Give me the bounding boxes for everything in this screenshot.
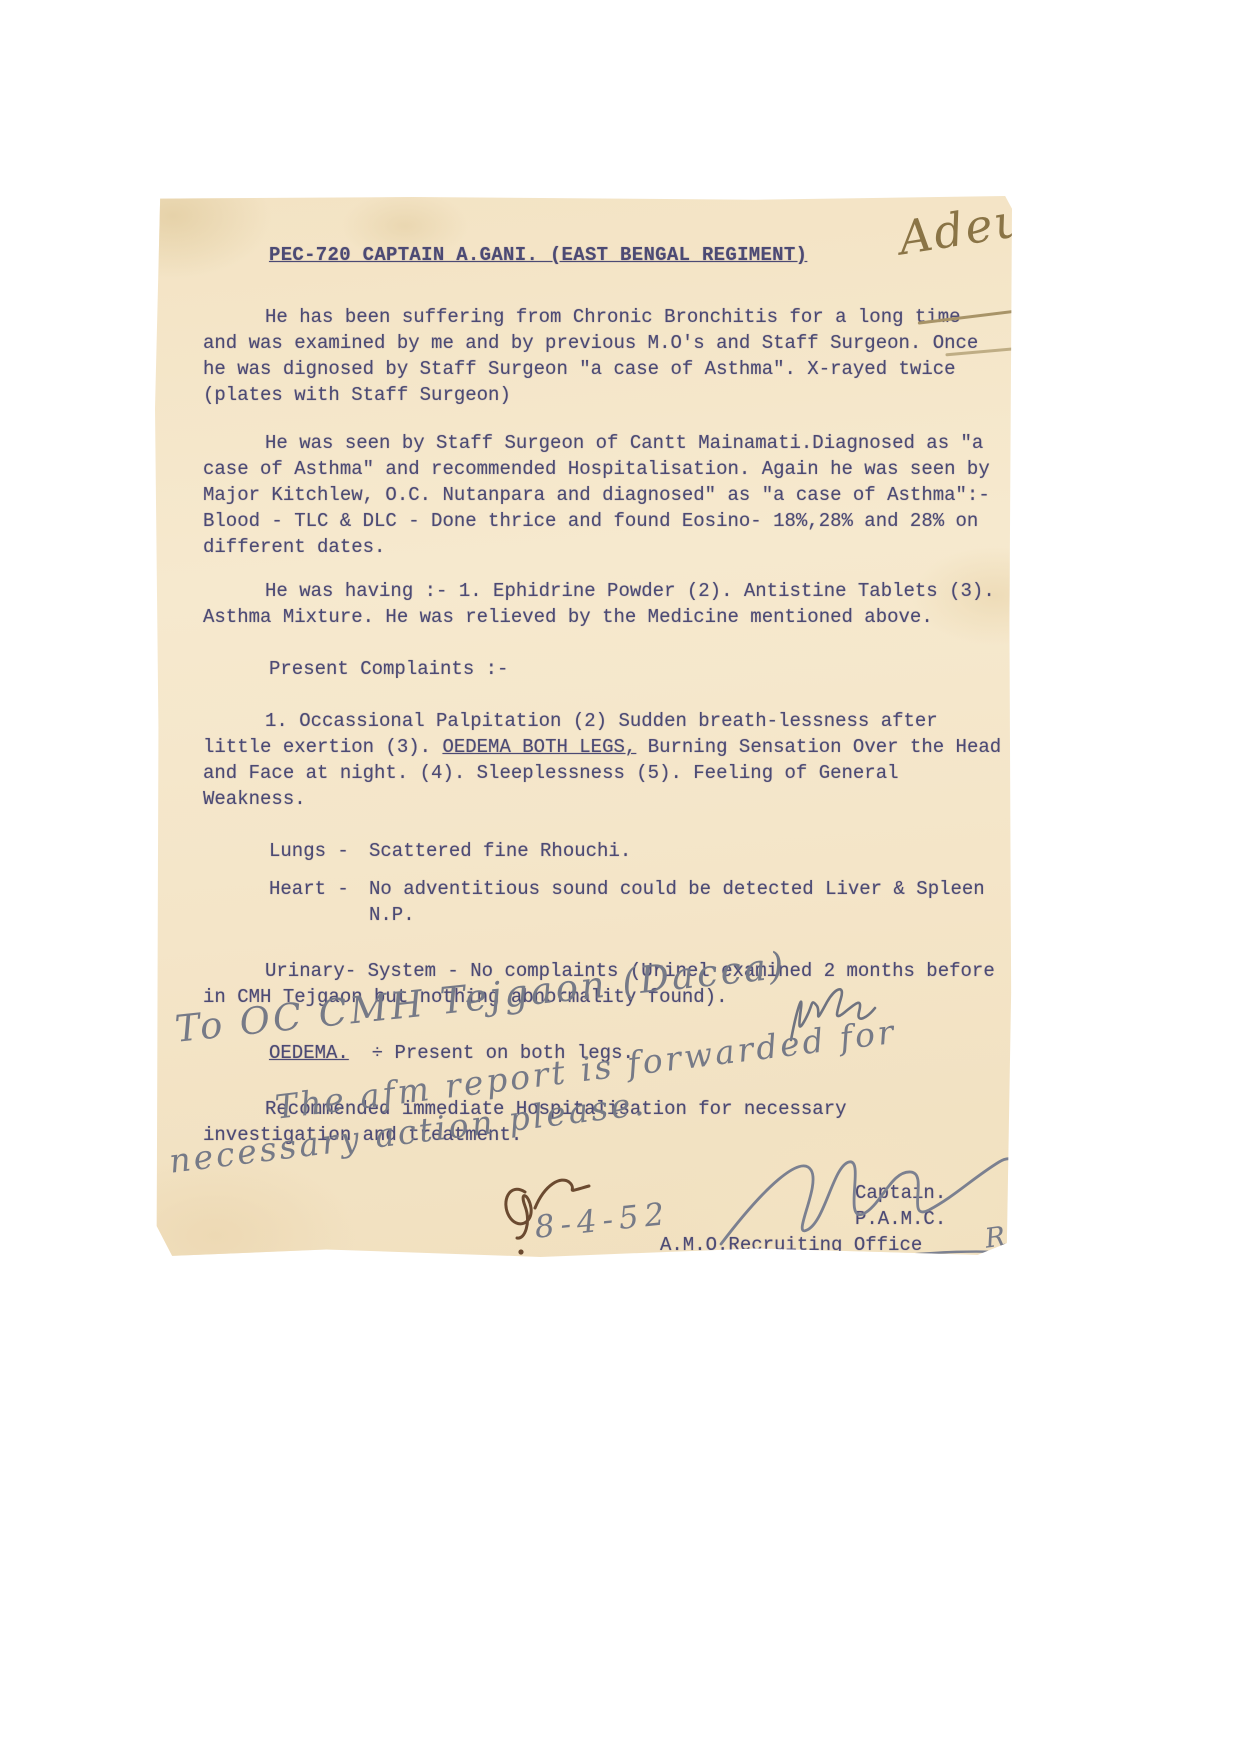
paragraph-diagnosis: He was seen by Staff Surgeon of Cantt Ma… <box>203 430 1004 560</box>
paragraph-complaints: 1. Occassional Palpitation (2) Sudden br… <box>203 708 1004 812</box>
signature-location: E.Pak N.Gonj. (M.M.ALY). <box>682 1258 1004 1284</box>
finding-heart: Heart - No adventitious sound could be d… <box>269 876 1004 928</box>
finding-heart-label: Heart - <box>269 876 369 928</box>
finding-heart-value: No adventitious sound could be detected … <box>369 876 999 928</box>
present-complaints-heading: Present Complaints :- <box>269 656 1004 682</box>
finding-lungs: Lungs - Scattered fine Rhouchi. <box>269 838 1004 864</box>
complaints-text-underlined: OEDEMA BOTH LEGS, <box>442 736 636 758</box>
document-page: PEC-720 CAPTAIN A.GANI. (EAST BENGAL REG… <box>155 196 1012 1258</box>
paragraph-medication: He was having :- 1. Ephidrine Powder (2)… <box>203 578 1004 630</box>
finding-lungs-label: Lungs - <box>269 838 369 864</box>
signature-main-icon <box>715 1126 1035 1276</box>
paragraph-history: He has been suffering from Chronic Bronc… <box>203 304 1004 408</box>
handwritten-corner-note: RO <box>983 1218 1033 1255</box>
oedema-label: OEDEMA. <box>269 1042 349 1064</box>
document-title: PEC-720 CAPTAIN A.GANI. (EAST BENGAL REG… <box>269 242 1004 268</box>
finding-lungs-value: Scattered fine Rhouchi. <box>369 838 999 864</box>
